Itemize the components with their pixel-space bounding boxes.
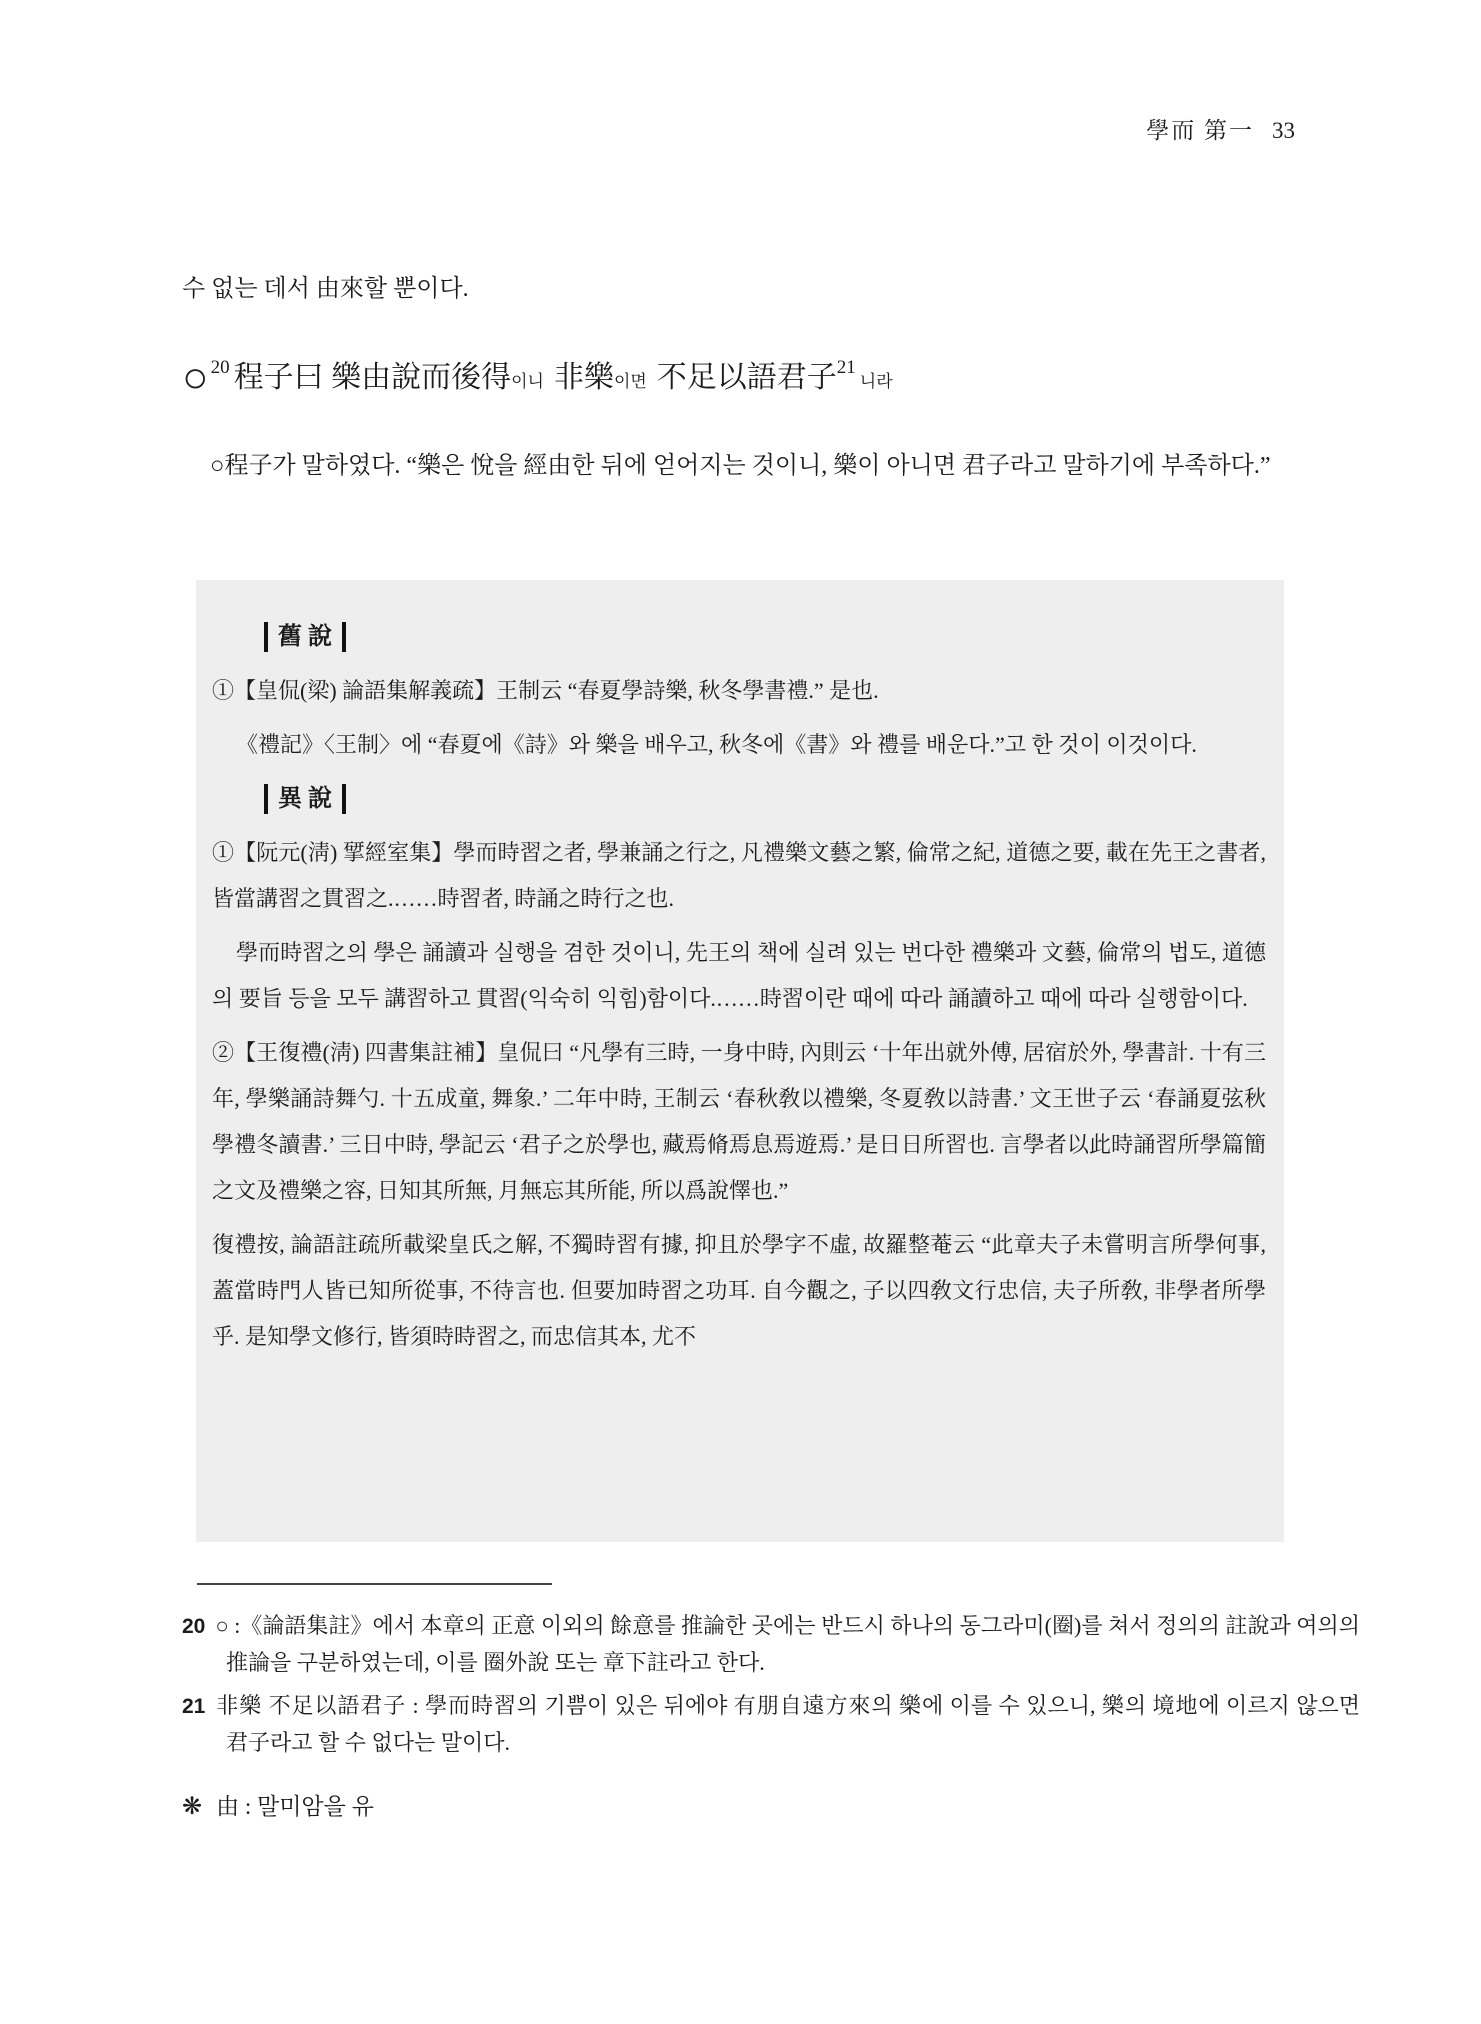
footnote-20: 20○ :《論語集註》에서 本章의 正意 이외의 餘意를 推論한 곳에는 반드시… <box>182 1608 1360 1681</box>
footnote-ref-21: 21 <box>837 357 856 379</box>
old-theory-korean: 《禮記》〈王制〉에 “春夏에《詩》와 樂을 배우고, 秋冬에《書》와 禮를 배운… <box>212 722 1266 768</box>
verse-line: ○20程子曰 樂由說而後得이니非樂이면不足以語君子21니라 <box>182 352 903 403</box>
intro-paragraph: 수 없는 데서 由來할 뿐이다. <box>182 268 469 303</box>
footnote-separator <box>197 1583 552 1585</box>
alt-theory-2-note: 復禮按, 論語註疏所載梁皇氏之解, 不獨時習有據, 抑且於學字不虛, 故羅整菴云… <box>212 1222 1266 1360</box>
commentary-box: 舊 說 ①【皇侃(梁) 論語集解義疏】王制云 “春夏學詩樂, 秋冬學書禮.” 是… <box>196 580 1284 1542</box>
section-heading-alt-theories: 異 說 <box>264 776 1266 822</box>
alt-theory-1-korean: 學而時習之의 學은 誦讀과 실행을 겸한 것이니, 先王의 책에 실려 있는 번… <box>212 930 1266 1022</box>
footnote-21-number: 21 <box>182 1695 205 1718</box>
book-page: 學而 第一33 수 없는 데서 由來할 뿐이다. ○20程子曰 樂由說而後得이니… <box>0 0 1481 2024</box>
page-number: 33 <box>1272 118 1295 143</box>
footnote-20-number: 20 <box>182 1615 205 1638</box>
circle-mark: ○ <box>182 353 209 402</box>
verse-suffix-2: 이면 <box>614 372 647 391</box>
glossary-line: ❋由 : 말미암을 유 <box>182 1788 374 1821</box>
translation-paragraph: ○程子가 말하였다. “樂은 悅을 經由한 뒤에 얻어지는 것이니, 樂이 아니… <box>182 438 1312 494</box>
glossary-text: 由 : 말미암을 유 <box>216 1794 374 1819</box>
footnote-21-text: 非樂 不足以語君子 : 學而時習의 기쁨이 있은 뒤에야 有朋自遠方來의 樂에 … <box>215 1693 1360 1755</box>
chapter-title: 學而 第一 <box>1146 118 1254 143</box>
verse-suffix-1: 이니 <box>511 372 544 391</box>
verse-hanja-2: 非樂 <box>554 361 614 394</box>
footnote-21: 21非樂 不足以語君子 : 學而時習의 기쁨이 있은 뒤에야 有朋自遠方來의 樂… <box>182 1688 1360 1761</box>
alt-theory-1-hanja: ①【阮元(淸) 揅經室集】學而時習之者, 學兼誦之行之, 凡禮樂文藝之繁, 倫常… <box>212 830 1266 922</box>
verse-hanja-1: 程子曰 樂由說而後得 <box>234 361 512 394</box>
section-heading-old-theories: 舊 說 <box>264 614 1266 660</box>
old-theory-hanja: ①【皇侃(梁) 論語集解義疏】王制云 “春夏學詩樂, 秋冬學書禮.” 是也. <box>212 668 1266 714</box>
footnote-20-text: ○ :《論語集註》에서 本章의 正意 이외의 餘意를 推論한 곳에는 반드시 하… <box>215 1613 1360 1675</box>
alt-theory-2-hanja: ②【王復禮(淸) 四書集註補】皇侃曰 “凡學有三時, 一身中時, 內則云 ‘十年… <box>212 1030 1266 1214</box>
running-head: 學而 第一33 <box>1146 112 1295 145</box>
flower-icon: ❋ <box>182 1794 202 1820</box>
verse-hanja-3: 不足以語君子 <box>657 361 837 394</box>
verse-suffix-3: 니라 <box>860 372 893 391</box>
footnote-ref-20: 20 <box>211 357 230 379</box>
